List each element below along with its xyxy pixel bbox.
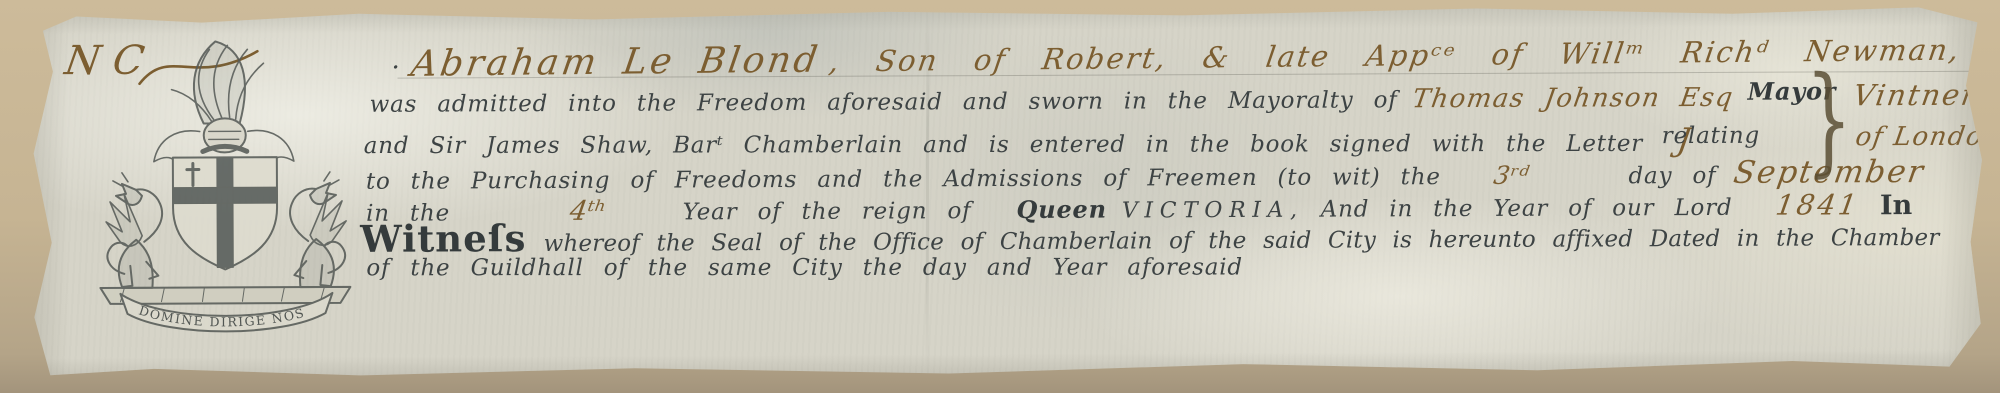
margin-brace: } xyxy=(1805,60,1852,178)
parchment-crease xyxy=(926,8,930,380)
day-number: 3ʳᵈ xyxy=(1492,161,1531,190)
occupation-label: Vintner xyxy=(1851,78,1980,113)
line3-printed-text: and Sir James Shaw, Barᵗ Chamberlain and… xyxy=(364,131,1643,159)
body-line-6: Witneſs whereof the Seal of the Office o… xyxy=(360,210,1939,261)
body-line-2: was admitted into the Freedom aforesaid … xyxy=(370,83,1734,119)
backing-board: N C xyxy=(0,0,2000,393)
line4-printed-text-b: day of xyxy=(1628,163,1716,189)
of-london-label: of London, xyxy=(1853,122,2000,153)
witness-word-blackletter: Witneſs xyxy=(360,216,526,261)
body-line-7: of the Guildhall of the same City the da… xyxy=(366,255,1243,282)
mayor-name: Thomas Johnson Esq xyxy=(1410,83,1736,114)
line6-printed-text: whereof the Seal of the Office of Chambe… xyxy=(544,225,1940,257)
parchment-certificate: N C xyxy=(25,4,1989,385)
line2-printed-text: was admitted into the Freedom aforesaid … xyxy=(370,87,1398,117)
line7-printed-text: of the Guildhall of the same City the da… xyxy=(366,255,1243,282)
margin-relating-label: relating xyxy=(1662,123,1760,149)
city-of-london-crest: DOMINE DIRIGE NOS xyxy=(83,35,368,342)
